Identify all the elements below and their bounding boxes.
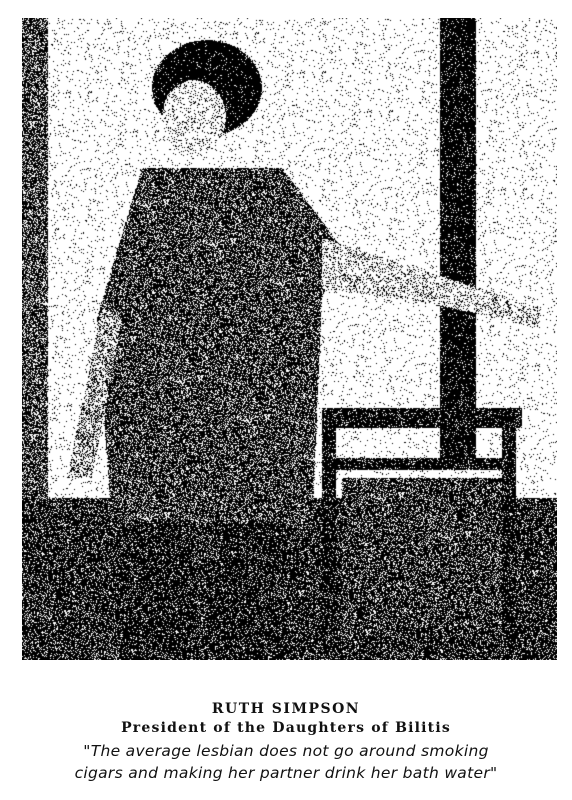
photo-caption: RUTH SIMPSON President of the Daughters … <box>0 700 572 784</box>
quote-line-1: "The average lesbian does not go around … <box>0 740 572 762</box>
caption-quote: "The average lesbian does not go around … <box>0 740 572 784</box>
quote-line-2: cigars and making her partner drink her … <box>0 762 572 784</box>
caption-title: President of the Daughters of Bilitis <box>0 718 572 738</box>
news-photograph <box>22 18 557 660</box>
caption-name: RUTH SIMPSON <box>0 700 572 718</box>
halftone-photo-canvas <box>22 18 557 660</box>
